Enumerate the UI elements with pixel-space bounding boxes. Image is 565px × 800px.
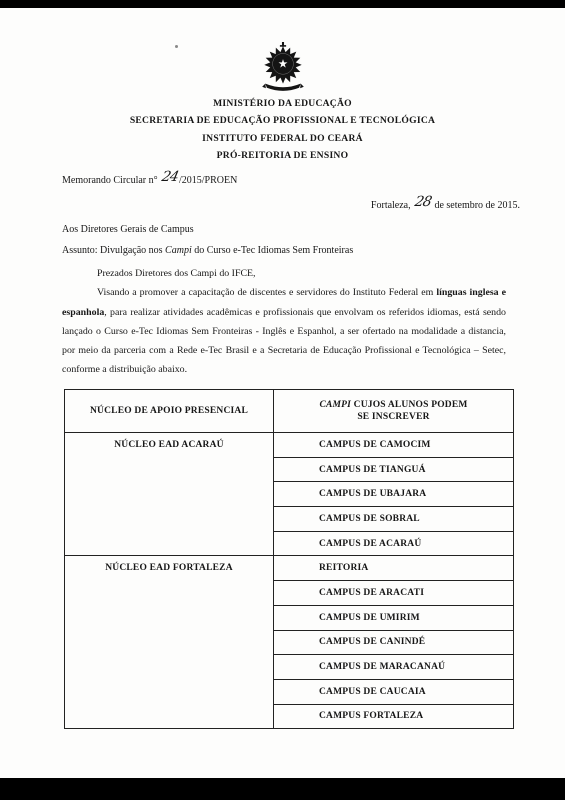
header-campi-italic: CAMPI xyxy=(319,400,351,410)
body-after-bold: , para realizar atividades acadêmicas e … xyxy=(62,307,506,376)
campus-cell: REITORIA xyxy=(274,556,514,581)
col-header-campi: CAMPI CUJOS ALUNOS PODEMSE INSCREVER xyxy=(274,390,514,433)
col-header-nucleo: NÚCLEO DE APOIO PRESENCIAL xyxy=(65,390,274,433)
handwritten-memo-number: 24 xyxy=(160,169,179,185)
letterhead-line: INSTITUTO FEDERAL DO CEARÁ xyxy=(0,130,565,147)
date-suffix: de setembro de 2015. xyxy=(432,200,520,211)
campus-cell: CAMPUS DE UMIRIM xyxy=(274,605,514,630)
letterhead-line: PRÓ-REITORIA DE ENSINO xyxy=(0,147,565,164)
letterhead-line: MINISTÉRIO DA EDUCAÇÃO xyxy=(0,95,565,112)
campus-cell: CAMPUS DE ARACATI xyxy=(274,581,514,606)
handwritten-day: 28 xyxy=(413,194,432,210)
distribution-table: NÚCLEO DE APOIO PRESENCIAL CAMPI CUJOS A… xyxy=(64,389,514,729)
date-prefix: Fortaleza, xyxy=(371,200,413,211)
scanned-memo-page: MINISTÉRIO DA EDUCAÇÃOSECRETARIA DE EDUC… xyxy=(0,0,565,800)
memo-suffix: /2015/PROEN xyxy=(179,175,237,186)
body-before-bold: Visando a promover a capacitação de disc… xyxy=(97,287,436,298)
scan-speck xyxy=(175,45,178,48)
header-campi-line2: SE INSCREVER xyxy=(357,412,429,422)
nucleo-cell: NÚCLEO EAD ACARAÚ xyxy=(65,433,274,556)
subject-prefix: Assunto: Divulgação nos xyxy=(62,245,165,256)
campus-cell: CAMPUS DE UBAJARA xyxy=(274,482,514,507)
campus-cell: CAMPUS DE CAUCAIA xyxy=(274,679,514,704)
subject-line: Assunto: Divulgação nos Campi do Curso e… xyxy=(62,245,353,256)
letterhead: MINISTÉRIO DA EDUCAÇÃOSECRETARIA DE EDUC… xyxy=(0,95,565,165)
campus-cell: CAMPUS DE SOBRAL xyxy=(274,507,514,532)
recipients-line: Aos Diretores Gerais de Campus xyxy=(62,224,194,235)
scan-top-bar xyxy=(0,0,565,8)
body-text: Prezados Diretores dos Campi do IFCE, Vi… xyxy=(62,264,506,380)
subject-rest: do Curso e-Tec Idiomas Sem Fronteiras xyxy=(192,245,354,256)
table-row: NÚCLEO EAD ACARAÚCAMPUS DE CAMOCIM xyxy=(65,433,514,458)
letterhead-line: SECRETARIA DE EDUCAÇÃO PROFISSIONAL E TE… xyxy=(0,112,565,129)
campus-cell: CAMPUS DE ACARAÚ xyxy=(274,531,514,556)
table-header-row: NÚCLEO DE APOIO PRESENCIAL CAMPI CUJOS A… xyxy=(65,390,514,433)
nucleo-cell: NÚCLEO EAD FORTALEZA xyxy=(65,556,274,729)
header-campi-rest: CUJOS ALUNOS PODEM xyxy=(351,400,468,410)
campus-cell: CAMPUS DE CAMOCIM xyxy=(274,433,514,458)
date-line: Fortaleza, 28 de setembro de 2015. xyxy=(0,196,520,212)
body-paragraph: Visando a promover a capacitação de disc… xyxy=(62,283,506,379)
campus-cell: CAMPUS FORTALEZA xyxy=(274,704,514,729)
table-row: NÚCLEO EAD FORTALEZAREITORIA xyxy=(65,556,514,581)
subject-campi-italic: Campi xyxy=(165,245,192,256)
campus-cell: CAMPUS DE CANINDÉ xyxy=(274,630,514,655)
campus-cell: CAMPUS DE MARACANAÚ xyxy=(274,655,514,680)
memo-prefix: Memorando Circular n° xyxy=(62,175,160,186)
brazil-coat-of-arms-icon xyxy=(256,42,310,94)
memo-number-line: Memorando Circular n° 24/2015/PROEN xyxy=(62,171,237,187)
salutation-line: Prezados Diretores dos Campi do IFCE, xyxy=(62,264,506,283)
scan-bottom-bar xyxy=(0,778,565,800)
campus-cell: CAMPUS DE TIANGUÁ xyxy=(274,457,514,482)
